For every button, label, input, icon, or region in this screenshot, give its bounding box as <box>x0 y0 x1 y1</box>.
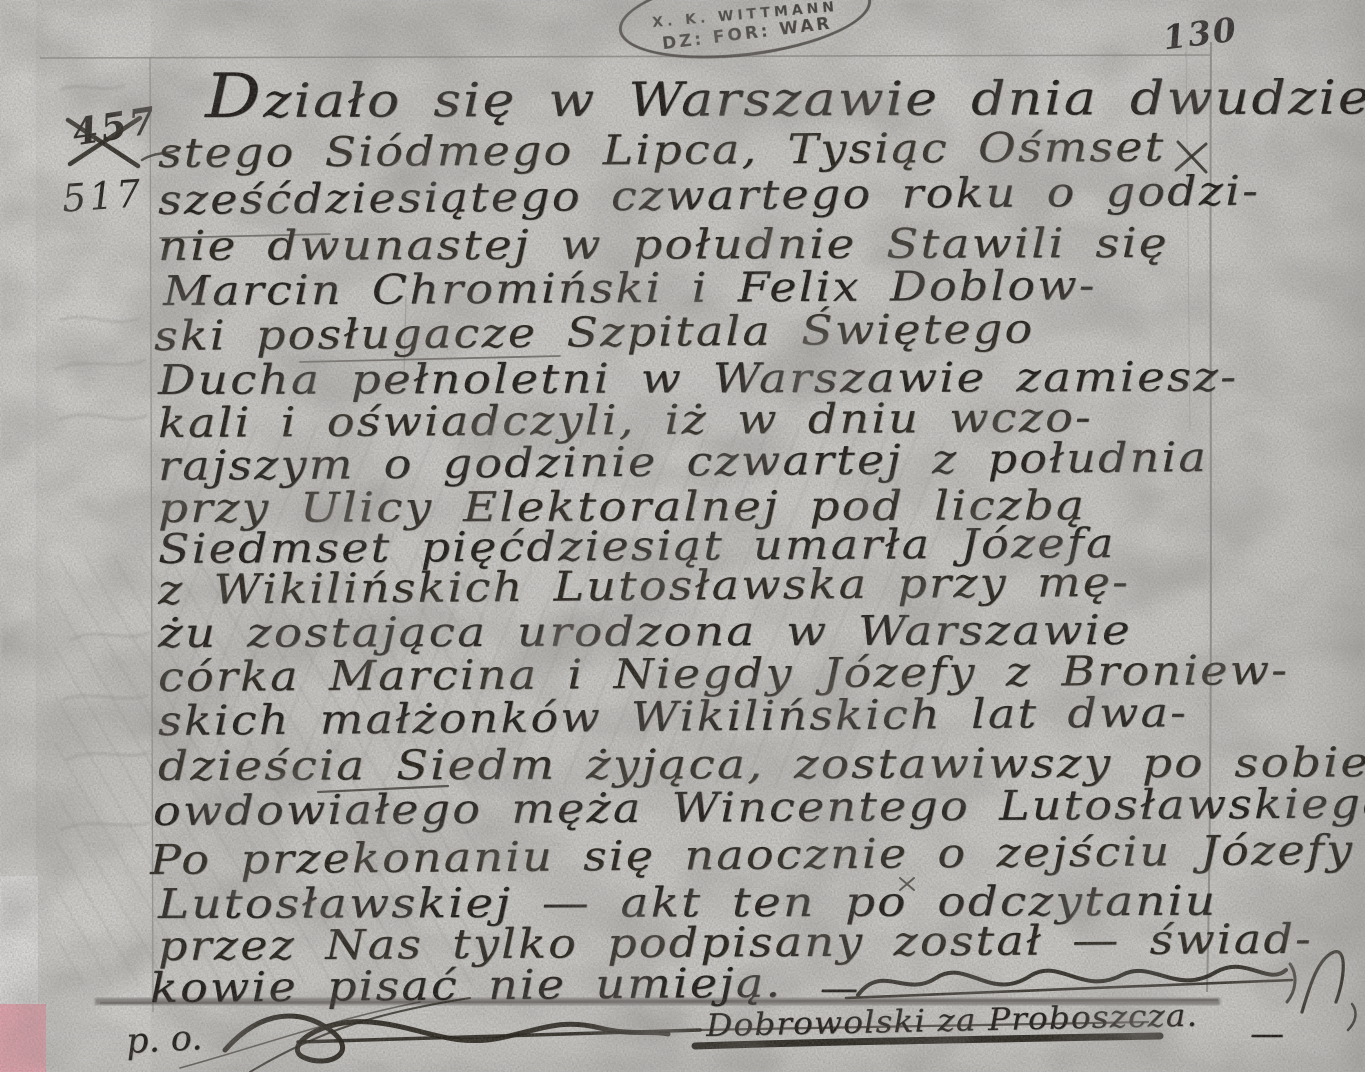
end-of-text-dash: — <box>820 966 858 1010</box>
signature-po-label: p. o. <box>125 1018 203 1062</box>
record-text-block: Działo się w Warszawie dnia dwudzie- ste… <box>0 0 1365 1072</box>
record-line: ski posługacze Szpitala Świętego <box>154 308 1035 357</box>
signature-end-dash: — <box>1250 1014 1284 1054</box>
record-line: kowie pisać nie umieją. <box>150 963 783 1009</box>
record-line: nie dwunastej w południe Stawili się <box>158 223 1169 267</box>
record-line: owdowiałego męża Wincentego Lutosławskie… <box>153 783 1365 832</box>
record-line: Działo się w Warszawie dnia dwudzie- <box>205 62 1365 127</box>
scanned-document-page: Działo się w Warszawie dnia dwudzie- ste… <box>0 0 1365 1072</box>
record-line: rajszym o godzinie czwartej z południa <box>158 437 1208 487</box>
record-number: 517 <box>61 171 145 221</box>
record-line: Po przekonaniu się naocznie o zejściu Jó… <box>150 830 1355 881</box>
record-line: sześćdziesiątego czwartego roku o godzi- <box>158 171 1260 221</box>
record-line: z Wikilińskich Lutosławska przy mę- <box>158 562 1130 611</box>
record-line: stego Siódmego Lipca, Tysiąc Ośmset <box>158 127 1166 174</box>
record-line: skich małżonków Wikilińskich lat dwa- <box>158 692 1188 742</box>
